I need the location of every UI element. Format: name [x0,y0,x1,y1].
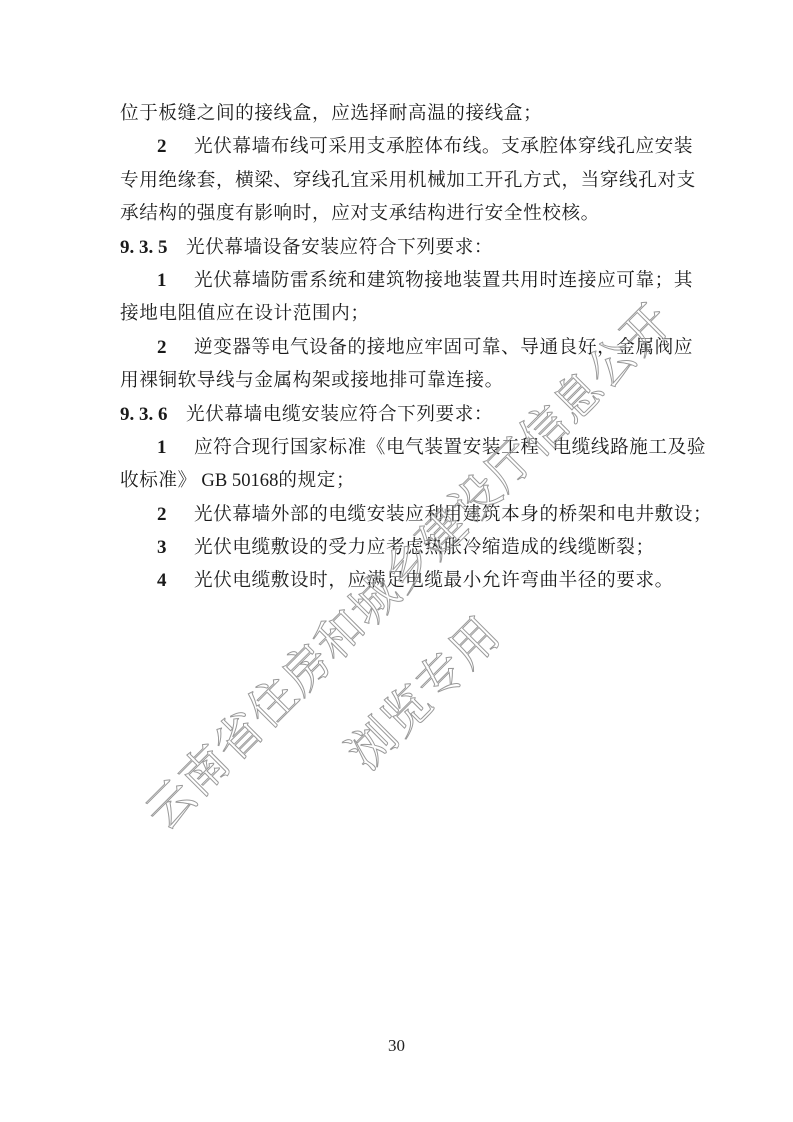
text-line: 收标准》 GB 50168的规定； [120,464,676,497]
clause-text: 光伏幕墙设备安装应符合下列要求： [186,237,493,258]
item-number: 4 [157,564,194,597]
paragraph-continuation: 用裸铜软导线与金属构架或接地排可靠连接。 [120,370,504,391]
item-text: 光伏电缆敷设的受力应考虑热胀冷缩造成的线缆断裂； [194,537,655,558]
item-number: 2 [157,331,194,364]
clause-text: 光伏幕墙电缆安装应符合下列要求： [186,404,493,425]
paragraph-continuation: 接地电阻值应在设计范围内； [120,303,370,324]
item-text: 逆变器等电气设备的接地应牢固可靠、导通良好，金属阀应 [194,337,693,358]
text-line: 用裸铜软导线与金属构架或接地排可靠连接。 [120,364,676,397]
item-number: 3 [157,531,194,564]
list-item: 3光伏电缆敷设的受力应考虑热胀冷缩造成的线缆断裂； [120,531,676,564]
paragraph-continuation: 专用绝缘套，横梁、穿线孔宜采用机械加工开孔方式，当穿线孔对支 [120,170,696,191]
item-text: 光伏幕墙外部的电缆安装应利用建筑本身的桥架和电井敷设； [194,504,712,525]
watermark-line-2: 浏览专用 [330,599,513,782]
document-page: 位于板缝之间的接线盒，应选择耐高温的接线盒； 2光伏幕墙布线可采用支承腔体布线。… [0,0,793,1122]
clause-number: 9. 3. 5 [120,231,186,264]
list-item: 1光伏幕墙防雷系统和建筑物接地装置共用时连接应可靠；其 [120,264,676,297]
paragraph-continuation-end: 的规定； [278,470,355,491]
standard-code: GB 50168 [197,470,279,491]
paragraph-continuation: 收标准》 [120,470,197,491]
list-item: 1应符合现行国家标准《电气装置安装工程 电缆线路施工及验 [120,431,676,464]
item-text: 光伏幕墙布线可采用支承腔体布线。支承腔体穿线孔应安装 [194,136,693,157]
clause-number: 9. 3. 6 [120,398,186,431]
text-line: 接地电阻值应在设计范围内； [120,297,676,330]
item-number: 2 [157,130,194,163]
page-number: 30 [0,1036,793,1056]
text-line: 位于板缝之间的接线盒，应选择耐高温的接线盒； [120,97,676,130]
document-body: 位于板缝之间的接线盒，应选择耐高温的接线盒； 2光伏幕墙布线可采用支承腔体布线。… [120,97,676,598]
item-number: 1 [157,431,194,464]
item-number: 2 [157,498,194,531]
text-line: 承结构的强度有影响时，应对支承结构进行安全性校核。 [120,197,676,230]
clause-heading: 9. 3. 5光伏幕墙设备安装应符合下列要求： [120,231,676,264]
item-text: 应符合现行国家标准《电气装置安装工程 电缆线路施工及验 [194,437,706,458]
list-item: 4光伏电缆敷设时，应满足电缆最小允许弯曲半径的要求。 [120,564,676,597]
paragraph-continuation: 位于板缝之间的接线盒，应选择耐高温的接线盒； [120,103,542,124]
text-line: 专用绝缘套，横梁、穿线孔宜采用机械加工开孔方式，当穿线孔对支 [120,164,676,197]
item-text: 光伏电缆敷设时，应满足电缆最小允许弯曲半径的要求。 [194,570,674,591]
item-number: 1 [157,264,194,297]
item-text: 光伏幕墙防雷系统和建筑物接地装置共用时连接应可靠；其 [194,270,693,291]
list-item: 2逆变器等电气设备的接地应牢固可靠、导通良好，金属阀应 [120,331,676,364]
clause-heading: 9. 3. 6光伏幕墙电缆安装应符合下列要求： [120,398,676,431]
list-item: 2光伏幕墙布线可采用支承腔体布线。支承腔体穿线孔应安装 [120,130,676,163]
paragraph-continuation: 承结构的强度有影响时，应对支承结构进行安全性校核。 [120,203,600,224]
list-item: 2光伏幕墙外部的电缆安装应利用建筑本身的桥架和电井敷设； [120,498,676,531]
